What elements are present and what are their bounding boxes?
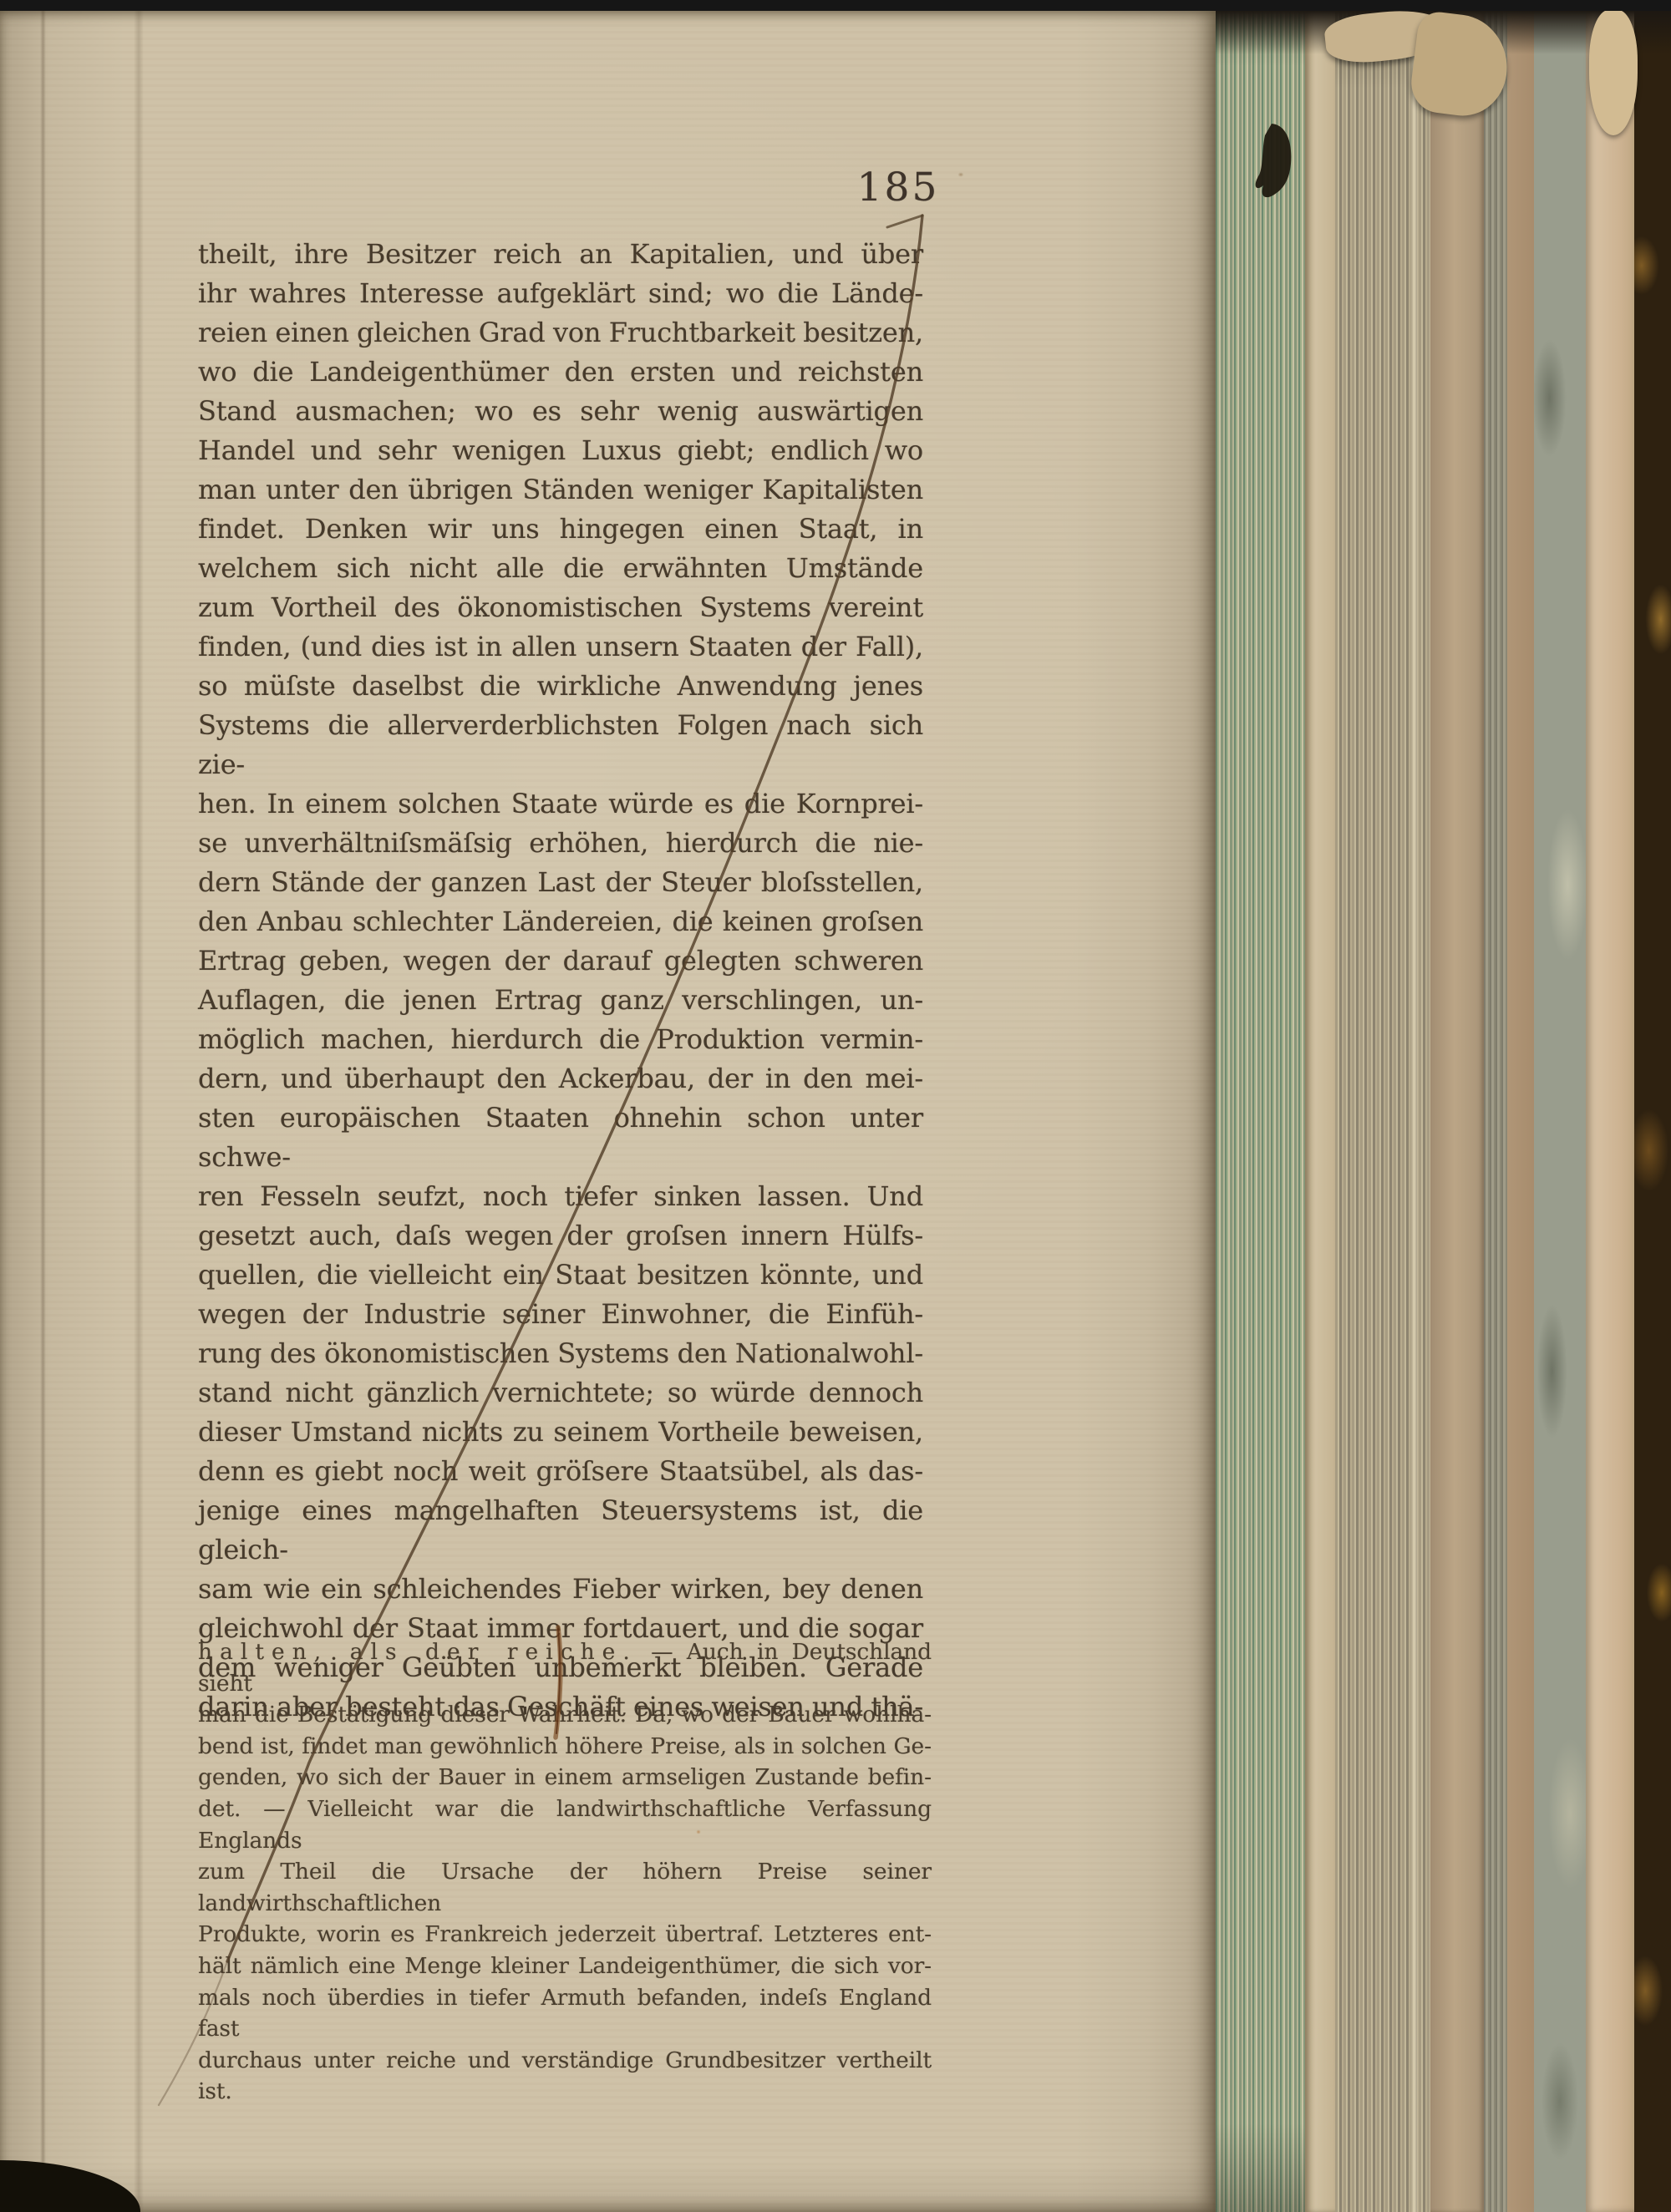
text-line: se unverhältniſsmäſsig erhöhen, hierdurc… — [198, 824, 923, 863]
footnote-line: genden, wo sich der Bauer in einem armse… — [198, 1762, 932, 1793]
text-line: dern, und überhaupt den Ackerbau, der in… — [198, 1059, 923, 1098]
text-line: zum Vortheil des ökonomistischen Systems… — [198, 588, 923, 627]
footnote-line: mals noch überdies in tiefer Armuth befa… — [198, 1982, 932, 2045]
footnote-spaced-phrase: halten, als der reiche. — [198, 1639, 637, 1665]
text-line: Stand ausmachen; wo es sehr wenig auswär… — [198, 392, 923, 431]
text-line: welchem sich nicht alle die erwähnten Um… — [198, 549, 923, 588]
text-line: möglich machen, hierdurch die Produktion… — [198, 1020, 923, 1059]
text-line: Handel und sehr wenigen Luxus giebt; end… — [198, 431, 923, 470]
book-fore-edge — [1216, 0, 1671, 2212]
text-line: so müſste daselbst die wirkliche Anwendu… — [198, 667, 923, 706]
footnote-line: zum Theil die Ursache der höhern Preise … — [198, 1856, 932, 1919]
page-edges-band-green — [1216, 0, 1305, 2212]
footnote-line: det. — Vielleicht war die landwirthschaf… — [198, 1793, 932, 1856]
page-edges-band-torn — [1534, 0, 1586, 2212]
page-fold-crease — [134, 11, 144, 2212]
text-line: rung des ökonomistischen Systems den Nat… — [198, 1334, 923, 1373]
text-line: finden, (und dies ist in allen unsern St… — [198, 627, 923, 667]
page-number: 185 — [840, 165, 957, 211]
text-line: gesetzt auch, daſs wegen der groſsen inn… — [198, 1216, 923, 1256]
text-line: sam wie ein schleichendes Fieber wirken,… — [198, 1570, 923, 1609]
footnote-first-line: halten, als der reiche. — Auch in Deutsc… — [198, 1636, 932, 1699]
protruding-page-edge — [1586, 0, 1634, 2212]
page-edges-band-tan2 — [1507, 0, 1534, 2212]
main-text-block: theilt, ihre Besitzer reich an Kapitalie… — [198, 235, 923, 1727]
text-line: Systems die allerverderblichsten Folgen … — [198, 706, 923, 784]
page-edges-band-smooth — [1430, 0, 1484, 2212]
text-line: dern Stände der ganzen Last der Steuer b… — [198, 863, 923, 902]
footnote-line: durchaus unter reiche und verständige Gr… — [198, 2045, 932, 2108]
text-line: sten europäischen Staaten ohnehin schon … — [198, 1098, 923, 1177]
page-edges-band-gray — [1484, 0, 1507, 2212]
text-line: ren Fesseln seufzt, noch tiefer sinken l… — [198, 1177, 923, 1216]
text-line: quellen, die vielleicht ein Staat besitz… — [198, 1256, 923, 1295]
footnote-line: bend ist, findet man gewöhnlich höhere P… — [198, 1731, 932, 1763]
text-line: Ertrag geben, wegen der darauf gelegten … — [198, 941, 923, 981]
text-line: reien einen gleichen Grad von Fruchtbark… — [198, 313, 923, 353]
text-line: dieser Umstand nichts zu seinem Vortheil… — [198, 1413, 923, 1452]
text-line: jenige eines mangelhaften Steuersystems … — [198, 1491, 923, 1570]
text-line: den Anbau schlechter Ländereien, die kei… — [198, 902, 923, 941]
footnote-lines: man die Bestätigung dieser Wahrheit. Da,… — [198, 1699, 932, 2108]
book-page: 185 theilt, ihre Besitzer reich an Kapit… — [0, 11, 1216, 2212]
footnote-line: hält nämlich eine Menge kleiner Landeige… — [198, 1951, 932, 1982]
text-line: wo die Landeigenthümer den ersten und re… — [198, 353, 923, 392]
text-line: theilt, ihre Besitzer reich an Kapitalie… — [198, 235, 923, 274]
footnote-block: halten, als der reiche. — Auch in Deutsc… — [198, 1636, 932, 2108]
page-edges-band-cream — [1305, 0, 1335, 2212]
torn-paper-flap — [1589, 10, 1638, 135]
footnote-line: man die Bestätigung dieser Wahrheit. Da,… — [198, 1699, 932, 1731]
text-line: Auflagen, die jenen Ertrag ganz verschli… — [198, 981, 923, 1020]
text-line: denn es giebt noch weit gröſsere Staatsü… — [198, 1452, 923, 1491]
text-line: findet. Denken wir uns hingegen einen St… — [198, 510, 923, 549]
scanner-background-strip — [0, 0, 1671, 11]
text-line: stand nicht gänzlich vernichtete; so wür… — [198, 1373, 923, 1413]
marbled-cover-edge — [1634, 0, 1671, 2212]
text-line: wegen der Industrie seiner Einwohner, di… — [198, 1295, 923, 1334]
text-line: hen. In einem solchen Staate würde es di… — [198, 784, 923, 824]
text-line: ihr wahres Interesse aufgeklärt sind; wo… — [198, 274, 923, 313]
light-page-edge-line — [1410, 0, 1419, 2212]
gutter-crease — [40, 11, 46, 2212]
footnote-line: Produkte, worin es Frankreich jederzeit … — [198, 1919, 932, 1951]
text-line: man unter den übrigen Ständen weniger Ka… — [198, 470, 923, 510]
scanned-book-page: 185 theilt, ihre Besitzer reich an Kapit… — [0, 0, 1671, 2212]
